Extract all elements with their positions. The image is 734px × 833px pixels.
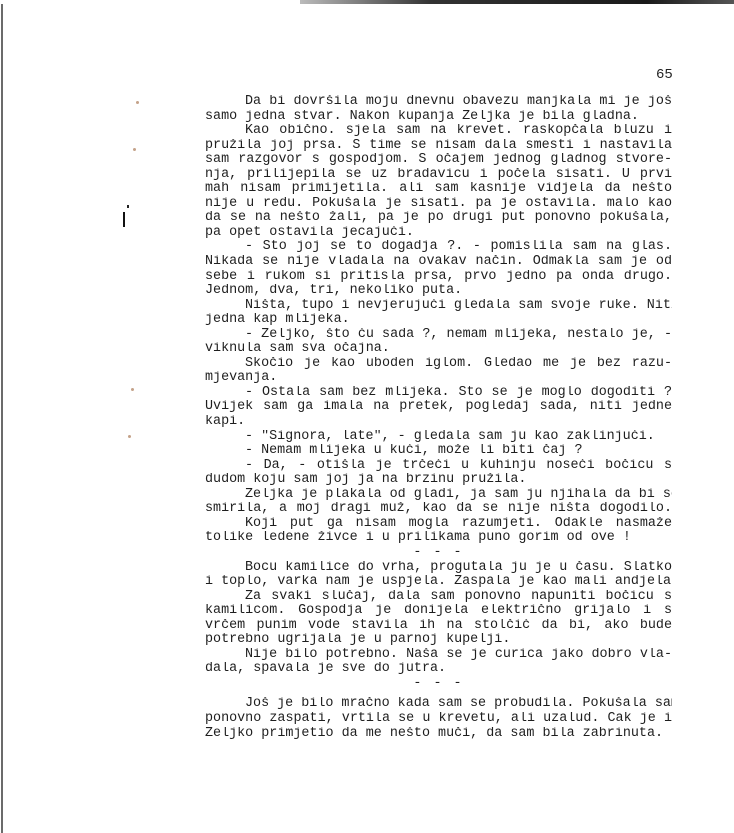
text-line: sebe i rukom si pritisla prsa, prvo jedn… [205, 270, 672, 285]
text-line: pa opet ostavila jecajući. [205, 226, 672, 241]
text-line: Ništa, tupo i nevjerujući gledala sam sv… [205, 299, 672, 314]
text-line: samo jedna stvar. Nakon kupanja Željka j… [205, 110, 672, 125]
text-line: - Ostala sam bez mlijeka. Što se je mogl… [205, 386, 672, 401]
text-line: dala, spavala je sve do jutra. [205, 662, 672, 677]
text-line: smirila, a moj dragi muž, kao da se nije… [205, 502, 672, 517]
page-number: 65 [656, 67, 673, 83]
text-line: Nije bilo potrebno. Naša se je curica ja… [205, 648, 672, 663]
paper-speck [128, 435, 131, 438]
text-line: nije u redu. Pokušala je sisati. pa je o… [205, 197, 672, 212]
text-line: Nikada se nije vladala na ovakav način. … [205, 255, 672, 270]
section-separator: - - - [205, 677, 672, 692]
paper-mark [127, 205, 129, 208]
text-line: ponovno zaspati, vrtila se u krevetu, al… [205, 712, 672, 727]
text-line: sam razgovor s gospodjom. S očajem jedno… [205, 153, 672, 168]
scan-edge-left [1, 4, 3, 833]
text-line: kamilicom. Gospodja je donijela električ… [205, 604, 672, 619]
text-line: Da bi dovršila moju dnevnu obavezu manjk… [205, 95, 672, 110]
text-line: - Što joj se to dogadja ?. - pomislila s… [205, 240, 672, 255]
text-line: jedna kap mlijeka. [205, 313, 672, 328]
text-line: i toplo, varka nam je uspjela. Zaspala j… [205, 575, 672, 590]
paper-speck [133, 148, 136, 151]
text-line: Za svaki slučaj, dala sam ponovno napuni… [205, 590, 672, 605]
text-line: Skočio je kao uboden iglom. Gledao me je… [205, 357, 672, 372]
text-line: nja, prilijepila se uz bradavicu i počel… [205, 168, 672, 183]
scanned-page: 65 Da bi dovršila moju dnevnu obavezu ma… [0, 0, 734, 833]
text-line: da se na nešto žali, pa je po drugi put … [205, 211, 672, 226]
text-line: Bocu kamilice do vrha, progutala ju je u… [205, 561, 672, 576]
text-line: dudom koju sam joj ja na brzinu pružila. [205, 473, 672, 488]
text-line: - Željko, što ću sada ?, nemam mlijeka, … [205, 328, 672, 343]
paper-speck [131, 388, 134, 391]
text-line: - "Signora, late", - gledala sam ju kao … [205, 430, 672, 445]
scan-edge-top [300, 0, 734, 4]
text-line: kapi. [205, 415, 672, 430]
text-line: Željko primjetio da me nešto muči, da sa… [205, 727, 672, 742]
paper-speck [136, 101, 139, 104]
text-line: Jednom, dva, tri, nekoliko puta. [205, 284, 672, 299]
body-text: Da bi dovršila moju dnevnu obavezu manjk… [205, 95, 672, 741]
text-line: potrebno ugrijala je u parnoj kupelji. [205, 633, 672, 648]
text-line: vrčem punim vode stavila ih na stolčić d… [205, 619, 672, 634]
section-separator: - - - [205, 546, 672, 561]
text-line: mjevanja. [205, 371, 672, 386]
text-line: Kao obično. sjela sam na krevet. raskopč… [205, 124, 672, 139]
text-line: Željka je plakala od gladi, ja sam ju nj… [205, 488, 672, 503]
text-line: mah nisam primijetila. ali sam kasnije v… [205, 182, 672, 197]
paper-mark [123, 212, 125, 227]
text-line: Uvijek sam ga imala na pretek, pogledaj … [205, 400, 672, 415]
text-line: viknula sam sva očajna. [205, 342, 672, 357]
text-line: Još je bilo mračno kada sam se probudila… [205, 697, 672, 712]
text-line: - Nemam mlijeka u kući, može li biti čaj… [205, 444, 672, 459]
text-line: - Da, - otišla je trčeći u kuhinju noseć… [205, 459, 672, 474]
text-line: tolike ledene živce i u prilikama puno g… [205, 531, 672, 546]
text-line: Koji put ga nisam mogla razumjeti. Odakl… [205, 517, 672, 532]
text-line: pružila joj prsa. S time se nisam dala s… [205, 139, 672, 154]
